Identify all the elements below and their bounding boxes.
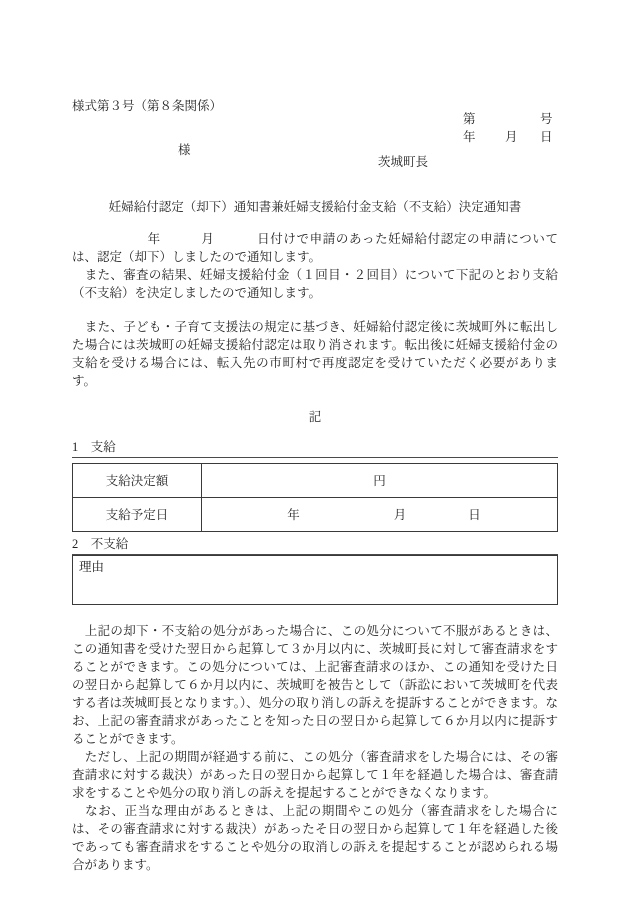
payment-date-label-cell: 支給予定日 (73, 498, 202, 532)
section-heading-fushikyu: 2 不支給 (72, 536, 558, 555)
amount-unit-label: 円 (373, 474, 386, 488)
appeal-paragraph-3: なお、正当な理由があるときは、上記の期間やこの処分（審査請求をした場合には、その… (72, 802, 558, 874)
addressee-honorific: 様 (178, 141, 191, 159)
section-heading-shikyu: 1 支給 (72, 439, 558, 458)
issuer-name: 茨城町長 (378, 153, 428, 171)
table-row-date: 支給予定日 年 月 日 (73, 498, 558, 532)
payment-day-label: 日 (468, 506, 481, 524)
issue-date-day-label: 日 (540, 128, 553, 146)
transfer-notice-paragraph: また、子ども・子育て支援法の規定に基づき、妊婦給付認定後に茨城町外に転出した場合… (72, 318, 558, 390)
issue-date-year-label: 年 (463, 128, 476, 146)
doc-number-suffix: 号 (540, 110, 553, 128)
payment-year-label: 年 (287, 506, 300, 524)
payment-date-value-cell: 年 月 日 (202, 498, 558, 532)
form-number: 様式第３号（第８条関係） (72, 97, 222, 115)
amount-value-cell: 円 (202, 464, 558, 498)
blank-fill-space (161, 242, 201, 243)
page-title: 妊婦給付認定（却下）通知書兼妊婦支援給付金支給（不支給）決定通知書 (0, 198, 630, 216)
blank-fill-space (215, 242, 257, 243)
doc-number-prefix: 第 (463, 110, 476, 128)
amount-label-cell: 支給決定額 (73, 464, 202, 498)
document-body: 年月日付けで申請のあった妊婦給付認定の申請については、認定（却下）しましたので通… (72, 230, 558, 874)
reason-box: 理由 (72, 555, 558, 605)
payment-month-label: 月 (394, 506, 407, 524)
intro-paragraph: 年月日付けで申請のあった妊婦給付認定の申請については、認定（却下）しましたので通… (72, 230, 558, 266)
appeal-paragraph-2: ただし、上記の期間が経過する前に、この処分（審査請求をした場合には、その審査請求… (72, 748, 558, 802)
intro-month-label: 月 (201, 232, 215, 246)
grant-table: 支給決定額 円 支給予定日 年 月 日 (72, 463, 558, 532)
blank-fill-space (72, 242, 147, 243)
issue-date-month-label: 月 (505, 128, 518, 146)
document-page: 様式第３号（第８条関係） 第 号 年 月 日 様 茨城町長 妊婦給付認定（却下）… (0, 0, 630, 903)
table-row-amount: 支給決定額 円 (73, 464, 558, 498)
ki-separator: 記 (72, 408, 558, 426)
intro-rest-text: 日付けで申請のあった妊婦給付認定の申請については、認定（却下）しましたので通知し… (72, 232, 558, 264)
reason-label: 理由 (79, 560, 104, 574)
result-paragraph: また、審査の結果、妊婦支援給付金（１回目・２回目）について下記のとおり支給（不支… (72, 266, 558, 302)
intro-year-label: 年 (147, 232, 161, 246)
appeal-paragraph-1: 上記の却下・不支給の処分があった場合に、この処分について不服があるときは、この通… (72, 622, 558, 748)
